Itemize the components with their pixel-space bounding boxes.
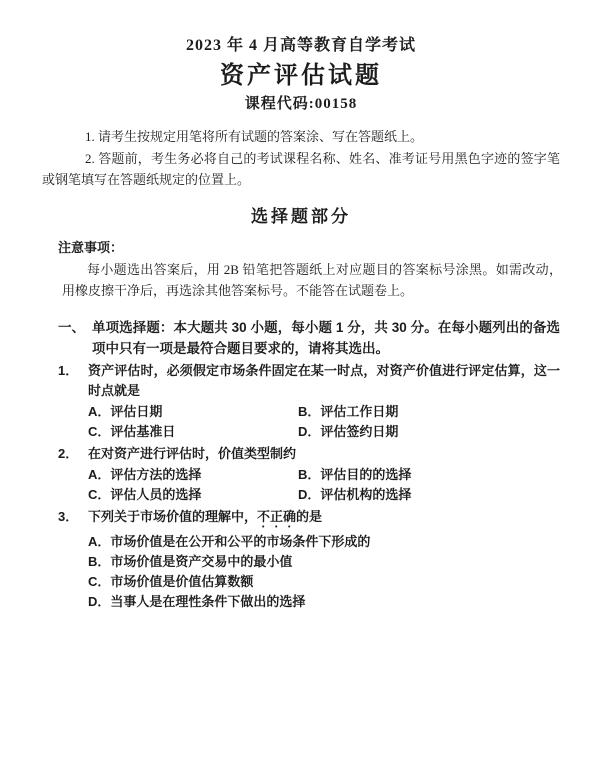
paper-header: 2023 年 4 月高等教育自学考试 资产评估试题 课程代码:00158 (42, 36, 560, 114)
question-1-options: A．评估日期 B．评估工作日期 C．评估基准日 D．评估签约日期 (88, 402, 560, 442)
question-2-options: A．评估方法的选择 B．评估目的的选择 C．评估人员的选择 D．评估机构的选择 (88, 465, 560, 505)
question-3-option-a: A．市场价值是在公开和公平的市场条件下形成的 (88, 532, 560, 552)
exam-session-title: 2023 年 4 月高等教育自学考试 (42, 36, 560, 56)
question-1-option-d: D．评估签约日期 (298, 422, 560, 442)
question-1-number: 1． (58, 361, 88, 442)
question-2-option-c: C．评估人员的选择 (88, 485, 298, 505)
question-3-stem: 下列关于市场价值的理解中，不正确的是 (88, 507, 560, 531)
part-one-description: 单项选择题：本大题共 30 小题，每小题 1 分，共 30 分。在每小题列出的备… (92, 317, 560, 359)
question-3-stem-prefix: 下列关于市场价值的理解中， (88, 509, 257, 524)
notice-block: 注意事项： 每小题选出答案后，用 2B 铅笔把答题纸上对应题目的答案标号涂黑。如… (42, 237, 560, 302)
question-2-number: 2． (58, 444, 88, 505)
question-list: 1． 资产评估时，必须假定市场条件固定在某一时点，对资产价值进行评定估算，这一时… (58, 361, 560, 612)
part-one-number: 一、 (58, 317, 92, 359)
paper-title: 资产评估试题 (42, 61, 560, 91)
section-heading-multiple-choice: 选择题部分 (42, 206, 560, 228)
question-2-stem: 在对资产进行评估时，价值类型制约 (88, 444, 560, 464)
question-2: 2． 在对资产进行评估时，价值类型制约 A．评估方法的选择 B．评估目的的选择 … (58, 444, 560, 505)
question-1: 1． 资产评估时，必须假定市场条件固定在某一时点，对资产价值进行评定估算，这一时… (58, 361, 560, 442)
question-3-options: A．市场价值是在公开和公平的市场条件下形成的 B．市场价值是资产交易中的最小值 … (88, 532, 560, 612)
question-3-option-b: B．市场价值是资产交易中的最小值 (88, 552, 560, 572)
question-3-stem-emphasis: 不正确 (257, 509, 296, 524)
question-2-option-b: B．评估目的的选择 (298, 465, 560, 485)
instruction-item-2: 2. 答题前，考生务必将自己的考试课程名称、姓名、准考证号用黑色字迹的签字笔或钢… (42, 148, 560, 191)
question-1-option-a: A．评估日期 (88, 402, 298, 422)
question-3-stem-suffix: 的是 (296, 509, 322, 524)
instruction-item-1: 1. 请考生按规定用笔将所有试题的答案涂、写在答题纸上。 (42, 126, 560, 148)
question-3: 3． 下列关于市场价值的理解中，不正确的是 A．市场价值是在公开和公平的市场条件… (58, 507, 560, 612)
question-3-body: 下列关于市场价值的理解中，不正确的是 A．市场价值是在公开和公平的市场条件下形成… (88, 507, 560, 612)
general-instructions: 1. 请考生按规定用笔将所有试题的答案涂、写在答题纸上。 2. 答题前，考生务必… (42, 126, 560, 191)
question-1-stem: 资产评估时，必须假定市场条件固定在某一时点，对资产价值进行评定估算，这一时点就是 (88, 361, 560, 401)
question-3-option-d: D．当事人是在理性条件下做出的选择 (88, 592, 560, 612)
question-1-option-b: B．评估工作日期 (298, 402, 560, 422)
notice-label: 注意事项： (58, 237, 560, 258)
question-2-option-a: A．评估方法的选择 (88, 465, 298, 485)
exam-paper-page: 2023 年 4 月高等教育自学考试 资产评估试题 课程代码:00158 1. … (0, 0, 596, 782)
notice-text: 每小题选出答案后，用 2B 铅笔把答题纸上对应题目的答案标号涂黑。如需改动，用橡… (62, 259, 562, 302)
question-2-option-d: D．评估机构的选择 (298, 485, 560, 505)
question-3-number: 3． (58, 507, 88, 612)
question-2-body: 在对资产进行评估时，价值类型制约 A．评估方法的选择 B．评估目的的选择 C．评… (88, 444, 560, 505)
question-1-option-c: C．评估基准日 (88, 422, 298, 442)
part-one-heading: 一、 单项选择题：本大题共 30 小题，每小题 1 分，共 30 分。在每小题列… (58, 317, 560, 359)
question-1-body: 资产评估时，必须假定市场条件固定在某一时点，对资产价值进行评定估算，这一时点就是… (88, 361, 560, 442)
course-code: 课程代码:00158 (42, 95, 560, 114)
question-3-option-c: C．市场价值是价值估算数额 (88, 572, 560, 592)
